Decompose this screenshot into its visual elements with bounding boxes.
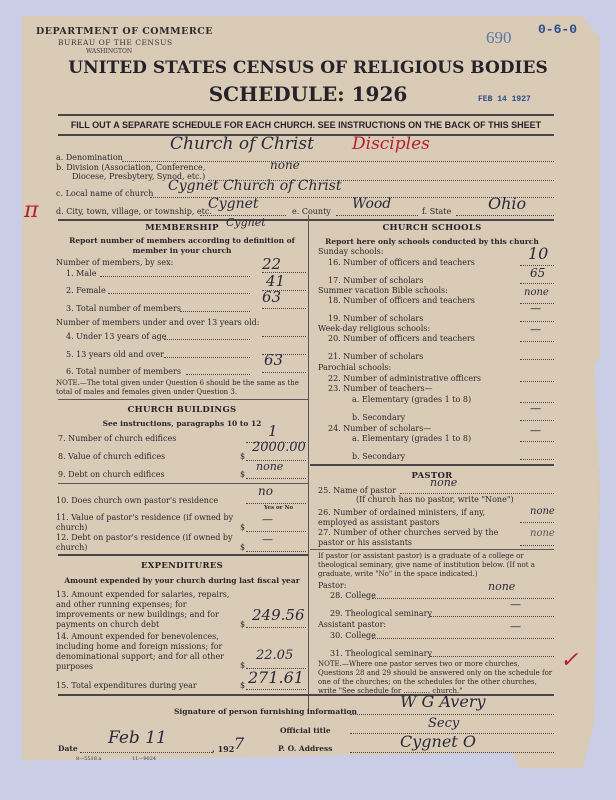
membership-subtitle: Report number of members according to de…: [58, 236, 306, 256]
denomination-value: Church of Christ: [170, 134, 314, 154]
q16-value: 10: [528, 244, 548, 263]
county-label: e. County: [292, 207, 331, 216]
leader-dots: [164, 339, 250, 340]
leader-dots: [186, 374, 250, 375]
dollar-sign: $: [240, 543, 245, 552]
year-suffix: 7: [234, 734, 244, 753]
q24a-field[interactable]: [520, 441, 554, 442]
over-13-label: 5. 13 years old and over: [66, 350, 164, 359]
male-value: 22: [262, 255, 281, 273]
division-label: b. Division (Association, Conference,: [56, 163, 205, 172]
dollar-sign: $: [240, 452, 245, 461]
q26-value: none: [530, 506, 555, 517]
q23b-field[interactable]: [520, 420, 554, 421]
code-stamp: 0-6-0: [538, 22, 577, 37]
sunday-schools-label: Sunday schools:: [318, 247, 383, 256]
q24b-label: b. Secondary: [352, 452, 405, 461]
q23-label: 23. Number of teachers—: [328, 384, 433, 393]
total-expenditures-value: 271.61: [248, 668, 304, 687]
q19-value: —: [530, 302, 541, 315]
q20-value: —: [530, 323, 541, 336]
expenditures-heading: EXPENDITURES: [58, 561, 306, 571]
signature-field[interactable]: [350, 714, 554, 715]
q25-value: none: [430, 476, 457, 489]
print-number: 11—9024: [132, 756, 156, 762]
dollar-sign: $: [240, 470, 245, 479]
residence-value-label: 11. Value of pastor's residence (if owne…: [56, 513, 236, 533]
dollar-sign: $: [240, 620, 245, 629]
under-13-field[interactable]: [262, 336, 306, 337]
running-expenses-label: 13. Amount expended for salaries, repair…: [56, 590, 236, 630]
owns-residence-value: no: [258, 484, 273, 498]
q25-hint: (If church has no pastor, write "None"): [356, 495, 514, 504]
q26-label: 26. Number of ordained ministers, if any…: [318, 508, 508, 528]
q17-field[interactable]: [520, 283, 554, 284]
edifices-count-label: 7. Number of church edifices: [58, 434, 176, 443]
total-members-age-value: 63: [264, 351, 283, 369]
total-expenditures-label: 15. Total expenditures during year: [56, 681, 197, 690]
schools-heading: CHURCH SCHOOLS: [310, 223, 554, 233]
pastor-subheading: Pastor:: [318, 581, 346, 590]
q17-label: 17. Number of scholars: [328, 276, 423, 285]
residence-value-value: —: [262, 513, 273, 526]
leader-dots: [164, 357, 250, 358]
division-value: none: [270, 158, 300, 172]
stamp-number: 690: [486, 28, 512, 48]
edifices-count-value: 1: [268, 422, 278, 440]
q28-field[interactable]: [372, 598, 554, 599]
po-address-field[interactable]: [350, 752, 554, 753]
official-title-value: Secy: [428, 716, 459, 731]
q17-value: 65: [530, 266, 545, 280]
leader-dots: [108, 293, 250, 294]
q18-value: none: [524, 287, 549, 298]
q30-label: 30. College: [330, 631, 376, 640]
divider: [58, 399, 308, 400]
q19-field[interactable]: [520, 321, 554, 322]
residence-value-field[interactable]: [246, 531, 306, 532]
column-divider: [308, 215, 309, 713]
membership-heading: MEMBERSHIP: [58, 223, 306, 233]
summer-schools-label: Summer vacation Bible schools:: [318, 286, 448, 295]
form-number: 8—5518 a: [76, 756, 101, 762]
leader-dots: [180, 311, 250, 312]
county-line[interactable]: [336, 215, 418, 216]
divider: [310, 464, 554, 466]
denomination-line[interactable]: [122, 161, 554, 162]
q26-field[interactable]: [520, 522, 554, 523]
members-by-age-label: Number of members under and over 13 year…: [56, 318, 259, 327]
q30-field[interactable]: [372, 638, 554, 639]
local-name-label: c. Local name of church: [56, 189, 153, 198]
divider: [58, 219, 554, 221]
owns-residence-label: 10. Does church own pastor's residence: [56, 496, 218, 505]
date-value: Feb 11: [108, 728, 167, 748]
total-expenditures-field[interactable]: [246, 689, 306, 690]
q27-field[interactable]: [520, 545, 554, 546]
q24b-field[interactable]: [520, 459, 554, 460]
expenditures-subtitle: Amount expended by your church during la…: [58, 576, 306, 585]
q21-label: 21. Number of scholars: [328, 352, 423, 361]
pastor-note: NOTE.—Where one pastor serves two or mor…: [318, 660, 554, 696]
weekday-schools-label: Week-day religious schools:: [318, 324, 430, 333]
q23b-label: b. Secondary: [352, 413, 405, 422]
total-members-label: 3. Total number of members: [66, 304, 181, 313]
q16-label: 16. Number of officers and teachers: [328, 258, 475, 267]
residence-debt-value: —: [262, 533, 273, 546]
q29-field[interactable]: [430, 616, 554, 617]
total-members-value: 63: [262, 288, 281, 306]
q22-field[interactable]: [520, 381, 554, 382]
dollar-sign: $: [240, 523, 245, 532]
year-prefix: , 192: [212, 744, 234, 754]
received-date-stamp: FEB 14 1927: [478, 95, 531, 104]
leader-dots: [100, 276, 250, 277]
check-mark: ✓: [560, 648, 578, 673]
residence-debt-label: 12. Debt on pastor's residence (if owned…: [56, 533, 236, 553]
q24a-value: —: [530, 424, 541, 437]
q23b-value: —: [530, 402, 541, 415]
q24a-label: a. Elementary (grades 1 to 8): [352, 434, 471, 443]
total-members-field[interactable]: [262, 308, 306, 309]
benevolences-label: 14. Amount expended for benevolences, in…: [56, 632, 236, 672]
male-label: 1. Male: [66, 269, 96, 278]
edifices-debt-field[interactable]: [246, 478, 306, 479]
q29-label: 29. Theological seminary: [330, 609, 432, 618]
dollar-sign: $: [240, 661, 245, 670]
po-address-value: Cygnet O: [400, 732, 476, 751]
total-members-age-label: 6. Total number of members: [66, 367, 181, 376]
form-title: UNITED STATES CENSUS OF RELIGIOUS BODIES: [0, 58, 616, 78]
edifices-debt-label: 9. Debt on church edifices: [58, 470, 165, 479]
assistant-pastor-subheading: Assistant pastor:: [318, 620, 386, 629]
county-value: Wood: [352, 196, 391, 212]
yes-no-hint: Yes or No: [264, 505, 293, 511]
graduate-note: If pastor (or assistant pastor) is a gra…: [318, 552, 554, 579]
bureau-heading: BUREAU OF THE CENSUS: [58, 38, 173, 47]
divider: [58, 114, 554, 116]
q20-label: 20. Number of officers and teachers: [328, 334, 475, 343]
q31-label: 31. Theological seminary: [330, 649, 432, 658]
denomination-label: a. Denomination: [56, 153, 123, 162]
q30-value: —: [510, 620, 521, 633]
running-expenses-field[interactable]: [246, 627, 306, 628]
q31-field[interactable]: [430, 656, 554, 657]
state-line[interactable]: [456, 215, 554, 216]
edifices-value-label: 8. Value of church edifices: [58, 452, 165, 461]
city-heading: WASHINGTON: [86, 48, 132, 55]
q21-field[interactable]: [520, 359, 554, 360]
date-field[interactable]: [80, 752, 212, 753]
margin-mark: π: [24, 198, 38, 223]
female-label: 2. Female: [66, 286, 106, 295]
schools-subtitle: Report here only schools conducted by th…: [310, 237, 554, 246]
instruction-banner: FILL OUT A SEPARATE SCHEDULE FOR EACH CH…: [58, 120, 554, 130]
q23a-label: a. Elementary (grades 1 to 8): [352, 395, 471, 404]
benevolences-value: 22.05: [256, 648, 293, 663]
residence-debt-field[interactable]: [246, 551, 306, 552]
q22-label: 22. Number of administrative officers: [328, 374, 481, 383]
city-value: Cygnet: [208, 196, 259, 212]
date-label: Date: [58, 744, 78, 753]
city-label: d. City, town, village, or township, etc…: [56, 207, 212, 216]
state-value: Ohio: [488, 194, 526, 213]
parochial-schools-label: Parochial schools:: [318, 363, 391, 372]
q25-label: 25. Name of pastor: [318, 486, 396, 495]
signature-value: W G Avery: [400, 692, 486, 711]
dollar-sign: $: [240, 681, 245, 690]
edifices-debt-value: none: [256, 460, 283, 473]
q25-field[interactable]: [400, 493, 554, 494]
q28-value: none: [488, 580, 515, 593]
running-expenses-value: 249.56: [252, 606, 305, 624]
q24-label: 24. Number of scholars—: [328, 424, 431, 433]
state-label: f. State: [422, 207, 451, 216]
q27-label: 27. Number of other churches served by t…: [318, 528, 508, 548]
local-name-value: Cygnet Church of Christ: [168, 178, 341, 194]
under-13-label: 4. Under 13 years of age: [66, 332, 166, 341]
q18-label: 18. Number of officers and teachers: [328, 296, 475, 305]
buildings-heading: CHURCH BUILDINGS: [58, 405, 306, 415]
divider: [58, 554, 308, 556]
denomination-annotation: Disciples: [352, 134, 430, 154]
members-by-sex-label: Number of members, by sex:: [56, 258, 173, 267]
divider: [310, 549, 554, 550]
q20-field[interactable]: [520, 341, 554, 342]
total-members-age-field[interactable]: [262, 372, 306, 373]
po-address-label: P. O. Address: [278, 744, 332, 753]
membership-note: NOTE.—The total given under Question 6 s…: [56, 379, 306, 397]
signature-label: Signature of person furnishing informati…: [174, 707, 357, 716]
edifices-value-value: 2000.00: [252, 440, 306, 455]
official-title-label: Official title: [280, 726, 331, 735]
department-heading: DEPARTMENT OF COMMERCE: [36, 26, 213, 37]
q28-label: 28. College: [330, 591, 376, 600]
membership-annotation: Cygnet: [226, 216, 266, 229]
owns-residence-field[interactable]: [246, 503, 306, 504]
q29-value: —: [510, 598, 521, 611]
q19-label: 19. Number of scholars: [328, 314, 423, 323]
q27-value: none: [530, 528, 555, 539]
